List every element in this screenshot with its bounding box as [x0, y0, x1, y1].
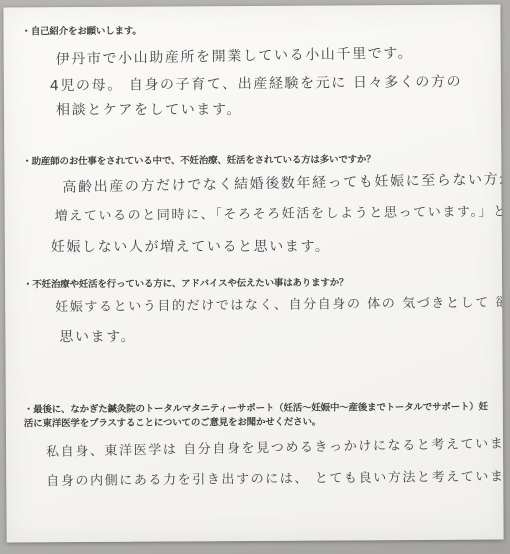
- handwritten-answer-line: 思います。: [59, 328, 488, 345]
- section-self-introduction: ・自己紹介をお願いします。 伊丹市で小山助産所を開業している小山千里です。 4児…: [21, 23, 487, 120]
- handwritten-answer-line: 妊娠しない人が増えていると思います。: [51, 238, 488, 255]
- question-text: ・不妊治療や妊活を行っている方に、アドバイスや伝えたい事はありますか？: [23, 276, 488, 293]
- section-midwife-work: ・助産師のお仕事をされている中で、不妊治療、妊活をされている方は多いですか？ 高…: [22, 153, 488, 257]
- section-advice: ・不妊治療や妊活を行っている方に、アドバイスや伝えたい事はありますか？ 妊娠する…: [23, 276, 488, 347]
- handwritten-answer-line: 自身の内側にある力を引き出すのには、 とても良い方法と考えています。: [46, 471, 489, 491]
- handwritten-answer-line: 私自身、東洋医学は 自分自身を見つめるきっかけになると考えています。: [46, 438, 489, 461]
- handwritten-answer-line: 伊丹市で小山助産所を開業している小山千里です。: [56, 44, 487, 68]
- handwritten-answer-line: 妊娠するという目的だけではなく、自分自身の 体の 気づきとして 欲しいと: [55, 296, 488, 315]
- handwritten-answer-line: 4児の母。 自身の子育て、出産経験を元に 日々多くの方の: [50, 73, 487, 94]
- questionnaire-paper: ・自己紹介をお願いします。 伊丹市で小山助産所を開業している小山千里です。 4児…: [3, 4, 503, 542]
- section-opinion-oriental-medicine: ・最後に、なかぎた鍼灸院のトータルマタニティーサポート（妊活～妊娠中～産後までト…: [24, 400, 490, 489]
- question-text: ・助産師のお仕事をされている中で、不妊治療、妊活をされている方は多いですか？: [22, 153, 487, 170]
- question-text: ・自己紹介をお願いします。: [21, 23, 486, 40]
- handwritten-answer-line: 増えているのと同時に、「そろそろ妊活をしようと思っています。」と 妊活しないと: [55, 206, 488, 225]
- handwritten-answer-line: 高齢出産の方だけでなく結婚後数年経っても妊娠に至らない方が: [62, 172, 487, 196]
- photo-frame: ・自己紹介をお願いします。 伊丹市で小山助産所を開業している小山千里です。 4児…: [0, 0, 510, 554]
- question-text: ・最後に、なかぎた鍼灸院のトータルマタニティーサポート（妊活～妊娠中～産後までト…: [24, 400, 489, 430]
- handwritten-answer-line: 相談とケアをしています。: [56, 101, 487, 118]
